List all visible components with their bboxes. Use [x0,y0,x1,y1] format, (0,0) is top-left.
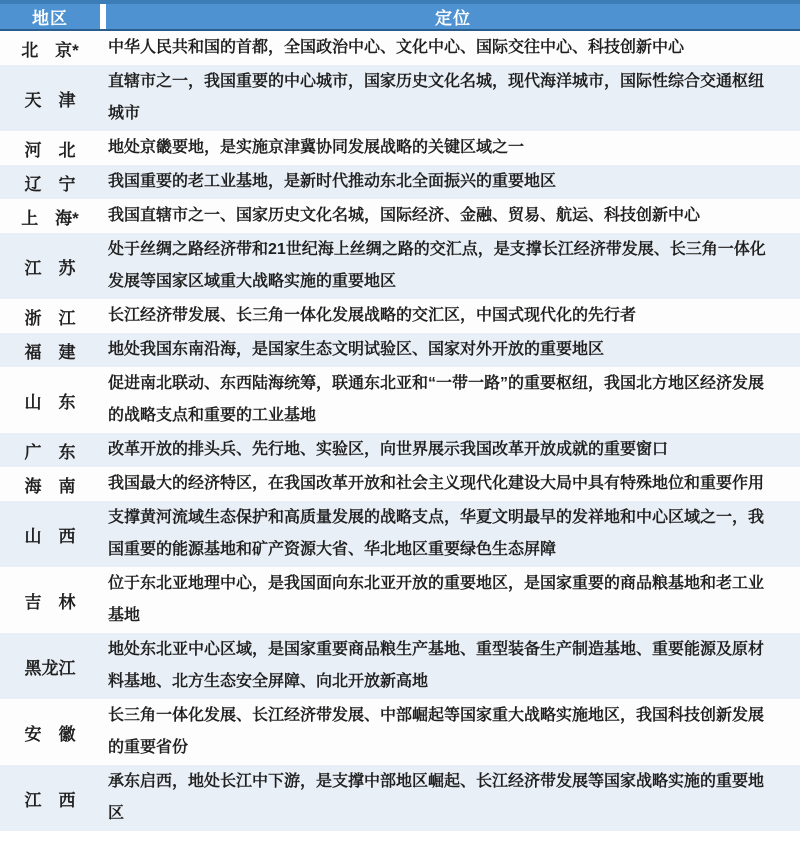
region-position-text: 承东启西，地处长江中下游，是支撑中部地区崛起、长江经济带发展等国家战略实施的重要… [106,765,800,831]
region-name: 江 苏 [0,233,100,299]
region-name: 福 建 [0,333,100,367]
header-cell-position: 定位 [106,4,800,29]
region-name: 山 西 [0,501,100,567]
table-header-row: 地区 定位 [0,0,800,31]
region-position-text: 地处东北亚中心区域，是国家重要商品粮生产基地、重型装备生产制造基地、重要能源及原… [106,633,800,699]
table-row: 山 东 促进南北联动、东西陆海统筹，联通东北亚和“一带一路”的重要枢纽，我国北方… [0,367,800,433]
table-row: 安 徽 长三角一体化发展、长江经济带发展、中部崛起等国家重大战略实施地区，我国科… [0,699,800,765]
region-position-text: 支撑黄河流域生态保护和高质量发展的战略支点，华夏文明最早的发祥地和中心区域之一，… [106,501,800,567]
region-name: 黑龙江 [0,633,100,699]
region-position-text: 中华人民共和国的首都，全国政治中心、文化中心、国际交往中心、科技创新中心 [106,31,800,65]
table-row: 广 东 改革开放的排头兵、先行地、实验区，向世界展示我国改革开放成就的重要窗口 [0,433,800,467]
region-position-text: 促进南北联动、东西陆海统筹，联通东北亚和“一带一路”的重要枢纽，我国北方地区经济… [106,367,800,433]
region-position-text: 我国直辖市之一、国家历史文化名城，国际经济、金融、贸易、航运、科技创新中心 [106,199,800,233]
table-row: 河 北 地处京畿要地，是实施京津冀协同发展战略的关键区域之一 [0,131,800,165]
region-position-text: 我国重要的老工业基地，是新时代推动东北全面振兴的重要地区 [106,165,800,199]
table-row: 吉 林 位于东北亚地理中心，是我国面向东北亚开放的重要地区，是国家重要的商品粮基… [0,567,800,633]
region-position-text: 直辖市之一，我国重要的中心城市，国家历史文化名城，现代海洋城市，国际性综合交通枢… [106,65,800,131]
table-body: 北 京* 中华人民共和国的首都，全国政治中心、文化中心、国际交往中心、科技创新中… [0,31,800,831]
region-name: 广 东 [0,433,100,467]
region-name: 浙 江 [0,299,100,333]
region-name: 安 徽 [0,699,100,765]
region-position-table: 地区 定位 北 京* 中华人民共和国的首都，全国政治中心、文化中心、国际交往中心… [0,0,800,831]
region-position-text: 处于丝绸之路经济带和21世纪海上丝绸之路的交汇点，是支撑长江经济带发展、长三角一… [106,233,800,299]
table-row: 浙 江 长江经济带发展、长三角一体化发展战略的交汇区，中国式现代化的先行者 [0,299,800,333]
region-position-text: 地处京畿要地，是实施京津冀协同发展战略的关键区域之一 [106,131,800,165]
table-row: 山 西 支撑黄河流域生态保护和高质量发展的战略支点，华夏文明最早的发祥地和中心区… [0,501,800,567]
region-name: 山 东 [0,367,100,433]
table-row: 黑龙江 地处东北亚中心区域，是国家重要商品粮生产基地、重型装备生产制造基地、重要… [0,633,800,699]
region-name: 河 北 [0,131,100,165]
header-cell-region: 地区 [0,4,100,29]
region-position-text: 长江经济带发展、长三角一体化发展战略的交汇区，中国式现代化的先行者 [106,299,800,333]
table-row: 天 津 直辖市之一，我国重要的中心城市，国家历史文化名城，现代海洋城市，国际性综… [0,65,800,131]
region-name: 天 津 [0,65,100,131]
region-position-text: 位于东北亚地理中心，是我国面向东北亚开放的重要地区，是国家重要的商品粮基地和老工… [106,567,800,633]
region-position-text: 我国最大的经济特区，在我国改革开放和社会主义现代化建设大局中具有特殊地位和重要作… [106,467,800,501]
region-name: 吉 林 [0,567,100,633]
region-name: 海 南 [0,467,100,501]
table-row: 上 海* 我国直辖市之一、国家历史文化名城，国际经济、金融、贸易、航运、科技创新… [0,199,800,233]
region-position-text: 长三角一体化发展、长江经济带发展、中部崛起等国家重大战略实施地区，我国科技创新发… [106,699,800,765]
table-row: 江 苏 处于丝绸之路经济带和21世纪海上丝绸之路的交汇点，是支撑长江经济带发展、… [0,233,800,299]
table-row: 福 建 地处我国东南沿海，是国家生态文明试验区、国家对外开放的重要地区 [0,333,800,367]
table-row: 江 西 承东启西，地处长江中下游，是支撑中部地区崛起、长江经济带发展等国家战略实… [0,765,800,831]
table-row: 海 南 我国最大的经济特区，在我国改革开放和社会主义现代化建设大局中具有特殊地位… [0,467,800,501]
region-name: 辽 宁 [0,165,100,199]
region-position-text: 地处我国东南沿海，是国家生态文明试验区、国家对外开放的重要地区 [106,333,800,367]
region-name: 北 京* [0,31,100,65]
table-row: 北 京* 中华人民共和国的首都，全国政治中心、文化中心、国际交往中心、科技创新中… [0,31,800,65]
table-row: 辽 宁 我国重要的老工业基地，是新时代推动东北全面振兴的重要地区 [0,165,800,199]
region-name: 江 西 [0,765,100,831]
region-name: 上 海* [0,199,100,233]
region-position-text: 改革开放的排头兵、先行地、实验区，向世界展示我国改革开放成就的重要窗口 [106,433,800,467]
